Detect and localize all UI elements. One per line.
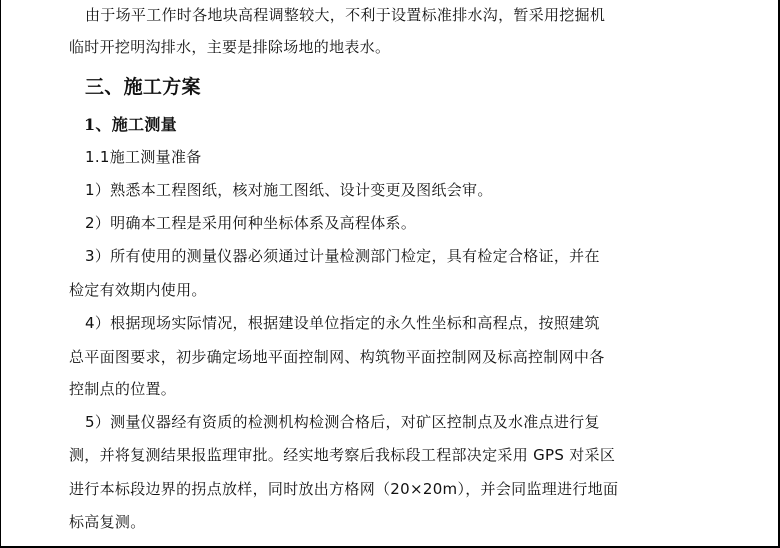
subsection-heading: 1、施工测量 [84,112,177,135]
list-item-5-line-2: 测，并将复测结果报监理审批。经实地考察后我标段工程部决定采用 GPS 对采区 [69,444,615,465]
list-item-4-line-2: 总平面图要求，初步确定场地平面控制网、构筑物平面控制网及标高控制网中各 [69,346,605,367]
list-item-3-line-1: 3）所有使用的测量仪器必须通过计量检测部门检定，具有检定合格证，并在 [85,245,600,266]
sub-subsection-heading: 1.1施工测量准备 [85,146,202,167]
list-item-4-line-1: 4）根据现场实际情况，根据建设单位指定的永久性坐标和高程点，按照建筑 [85,312,600,333]
list-item-2-line-1: 2）明确本工程是采用何种坐标体系及高程体系。 [85,212,416,233]
document-page: 由于场平工作时各地块高程调整较大，不利于设置标准排水沟，暂采用挖掘机 临时开挖明… [0,0,780,548]
list-item-1-line-1: 1）熟悉本工程图纸，核对施工图纸、设计变更及图纸会审。 [85,179,493,200]
list-item-5-line-1: 5）测量仪器经有资质的检测机构检测合格后，对矿区控制点及水准点进行复 [85,411,600,432]
section-heading: 三、施工方案 [85,72,201,99]
list-item-4-line-3: 控制点的位置。 [69,378,176,399]
intro-paragraph-line-2: 临时开挖明沟排水，主要是排除场地的地表水。 [69,36,390,57]
list-item-3-line-2: 检定有效期内使用。 [69,279,207,300]
list-item-5-line-3: 进行本标段边界的拐点放样，同时放出方格网（20×20m），并会同监理进行地面 [69,478,618,499]
intro-paragraph-line-1: 由于场平工作时各地块高程调整较大，不利于设置标准排水沟，暂采用挖掘机 [85,4,605,25]
list-item-5-line-4: 标高复测。 [69,511,146,532]
